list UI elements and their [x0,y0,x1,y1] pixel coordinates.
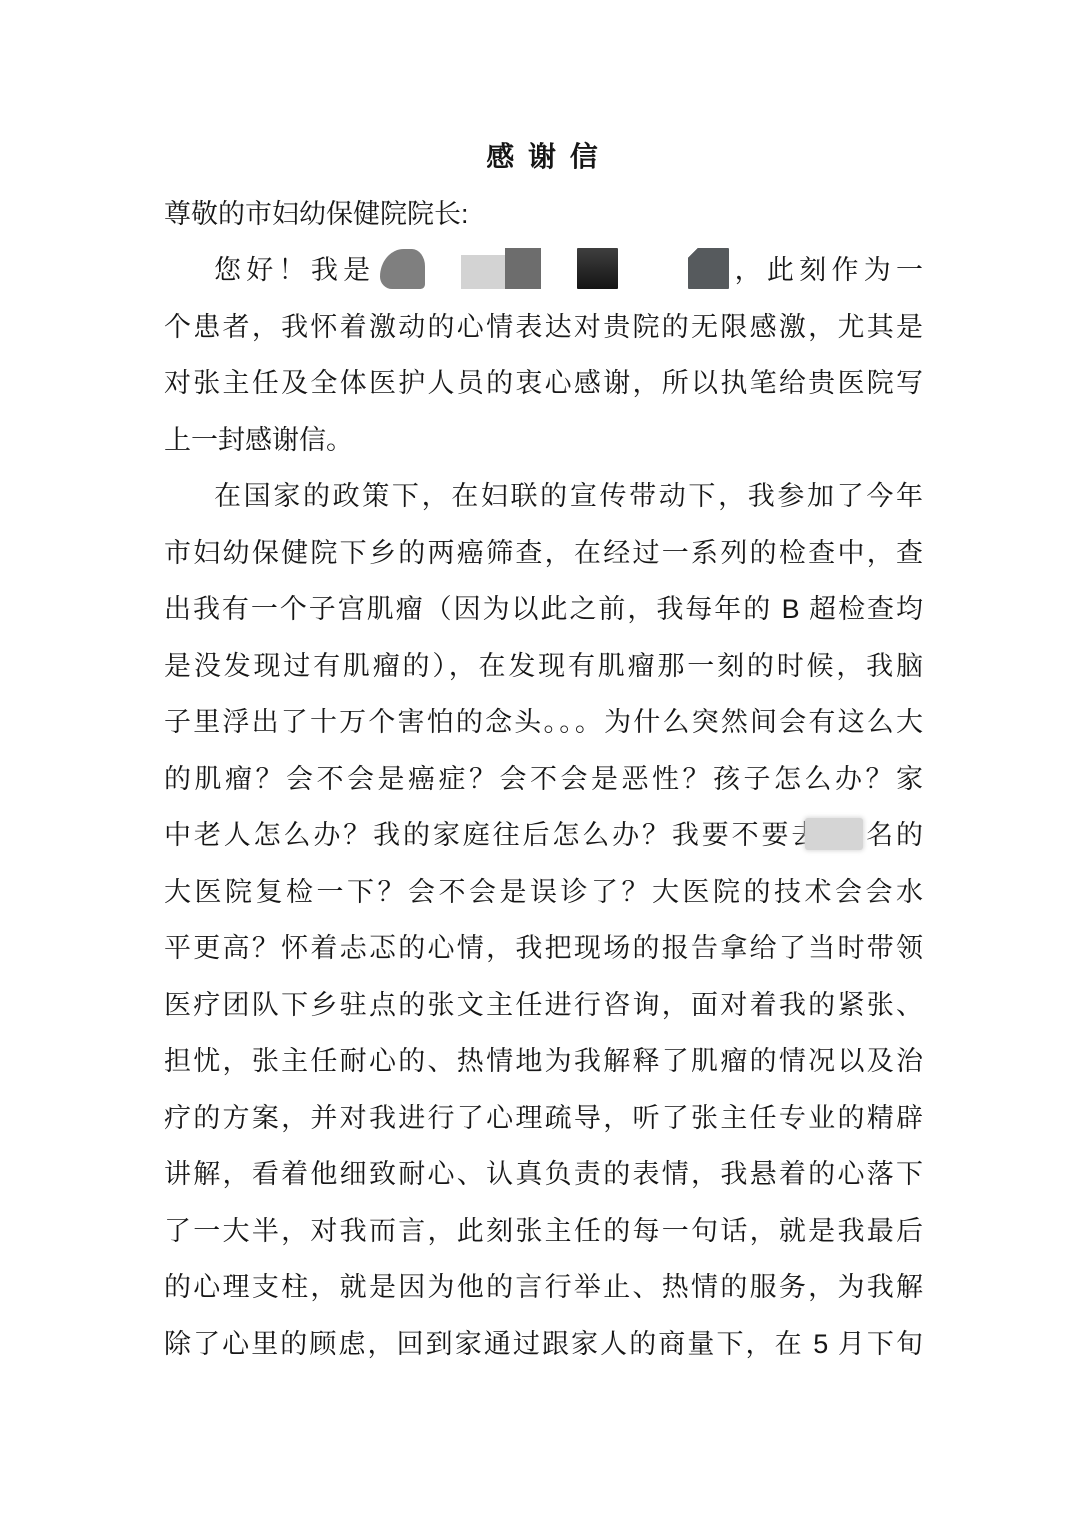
greeting-line: 您好！我是，此刻作为一 [164,242,923,299]
redaction-block-1 [380,249,425,289]
text-run: 尊敬的市妇幼保健院院长: [164,199,469,229]
letter-line: 医疗团队下乡驻点的张文主任进行咨询，面对着我的紧张、 [164,977,923,1034]
letter-line: 在国家的政策下，在妇联的宣传带动下，我参加了今年 [164,468,923,525]
text-run: 名的 [863,820,923,850]
redaction-block-4 [688,248,729,289]
letter-line: 的心理支柱，就是因为他的言行举止、热情的服务，为我解 [164,1259,923,1316]
letter-line: 出我有一个子宫肌瘤（因为以此之前，我每年的 B 超检查均 [164,581,923,638]
text-run: 除了心里的顾虑，回到家通过跟家人的商量下，在 5 月下旬 [164,1329,923,1359]
letter-line: 平更高？怀着忐忑的心情，我把现场的报告拿给了当时带领 [164,920,923,977]
letter-line: 了一大半，对我而言，此刻张主任的每一句话，就是我最后 [164,1203,923,1260]
letter-lines: 尊敬的市妇幼保健院院长:您好！我是，此刻作为一个患者，我怀着激动的心情表达对贵院… [164,186,923,1373]
text-run: 上一封感谢信。 [164,425,353,455]
text-run: 了一大半，对我而言，此刻张主任的每一句话，就是我最后 [164,1216,923,1246]
text-run: 的心理支柱，就是因为他的言行举止、热情的服务，为我解 [164,1272,923,1302]
letter-line: 大医院复检一下？会不会是误诊了？大医院的技术会会水 [164,864,923,921]
letter-line: 讲解，看着他细致耐心、认真负责的表情，我悬着的心落下 [164,1146,923,1203]
letter-line: 除了心里的顾虑，回到家通过跟家人的商量下，在 5 月下旬 [164,1316,923,1373]
letter-title: 感 谢 信 [164,129,923,186]
letter-line: 对张主任及全体医护人员的衷心感谢，所以执笔给贵医院写 [164,355,923,412]
letter-line: 是没发现过有肌瘤的），在发现有肌瘤那一刻的时候，我脑 [164,638,923,695]
text-run: 平更高？怀着忐忑的心情，我把现场的报告拿给了当时带领 [164,933,923,963]
letter-line: 疗的方案，并对我进行了心理疏导，听了张主任专业的精辟 [164,1090,923,1147]
letter-line: 子里浮出了十万个害怕的念头。。。为什么突然间会有这么大 [164,694,923,751]
text-run: 中老人怎么办？我的家庭往后怎么办？我要不要去 [164,820,821,850]
text-run: 子里浮出了十万个害怕的念头。。。为什么突然间会有这么大 [164,707,923,737]
blur-redaction [805,818,863,850]
text-run: 出我有一个子宫肌瘤（因为以此之前，我每年的 B 超检查均 [164,594,923,624]
text-run: 对张主任及全体医护人员的衷心感谢，所以执笔给贵医院写 [164,368,923,398]
blurred-line: 中老人怎么办？我的家庭往后怎么办？我要不要去名的 [164,807,923,864]
text-run: 大医院复检一下？会不会是误诊了？大医院的技术会会水 [164,877,923,907]
text-run: ，此刻作为一 [729,255,923,285]
text-run: 的肌瘤？会不会是癌症？会不会是恶性？孩子怎么办？家 [164,764,923,794]
letter-line: 的肌瘤？会不会是癌症？会不会是恶性？孩子怎么办？家 [164,751,923,808]
text-run: 疗的方案，并对我进行了心理疏导，听了张主任专业的精辟 [164,1103,923,1133]
text-run: 担忧，张主任耐心的、热情地为我解释了肌瘤的情况以及治 [164,1046,923,1076]
text-run: 市妇幼保健院下乡的两癌筛查，在经过一系列的检查中，查 [164,538,923,568]
letter-line: 个患者，我怀着激动的心情表达对贵院的无限感激，尤其是 [164,299,923,356]
text-run: 是没发现过有肌瘤的），在发现有肌瘤那一刻的时候，我脑 [164,651,923,681]
salutation: 尊敬的市妇幼保健院院长: [164,186,923,243]
redaction-block-3 [577,248,618,289]
text-run: 您好！我是 [214,255,375,285]
letter-line: 担忧，张主任耐心的、热情地为我解释了肌瘤的情况以及治 [164,1033,923,1090]
letter-page: 感 谢 信 尊敬的市妇幼保健院院长:您好！我是，此刻作为一个患者，我怀着激动的心… [0,0,1080,1526]
redaction-block-2 [461,248,541,289]
letter-line: 市妇幼保健院下乡的两癌筛查，在经过一系列的检查中，查 [164,525,923,582]
text-run: 个患者，我怀着激动的心情表达对贵院的无限感激，尤其是 [164,312,923,342]
text-run: 讲解，看着他细致耐心、认真负责的表情，我悬着的心落下 [164,1159,923,1189]
text-run: 在国家的政策下，在妇联的宣传带动下，我参加了今年 [214,481,923,511]
letter-line: 上一封感谢信。 [164,412,923,469]
text-run: 医疗团队下乡驻点的张文主任进行咨询，面对着我的紧张、 [164,990,923,1020]
